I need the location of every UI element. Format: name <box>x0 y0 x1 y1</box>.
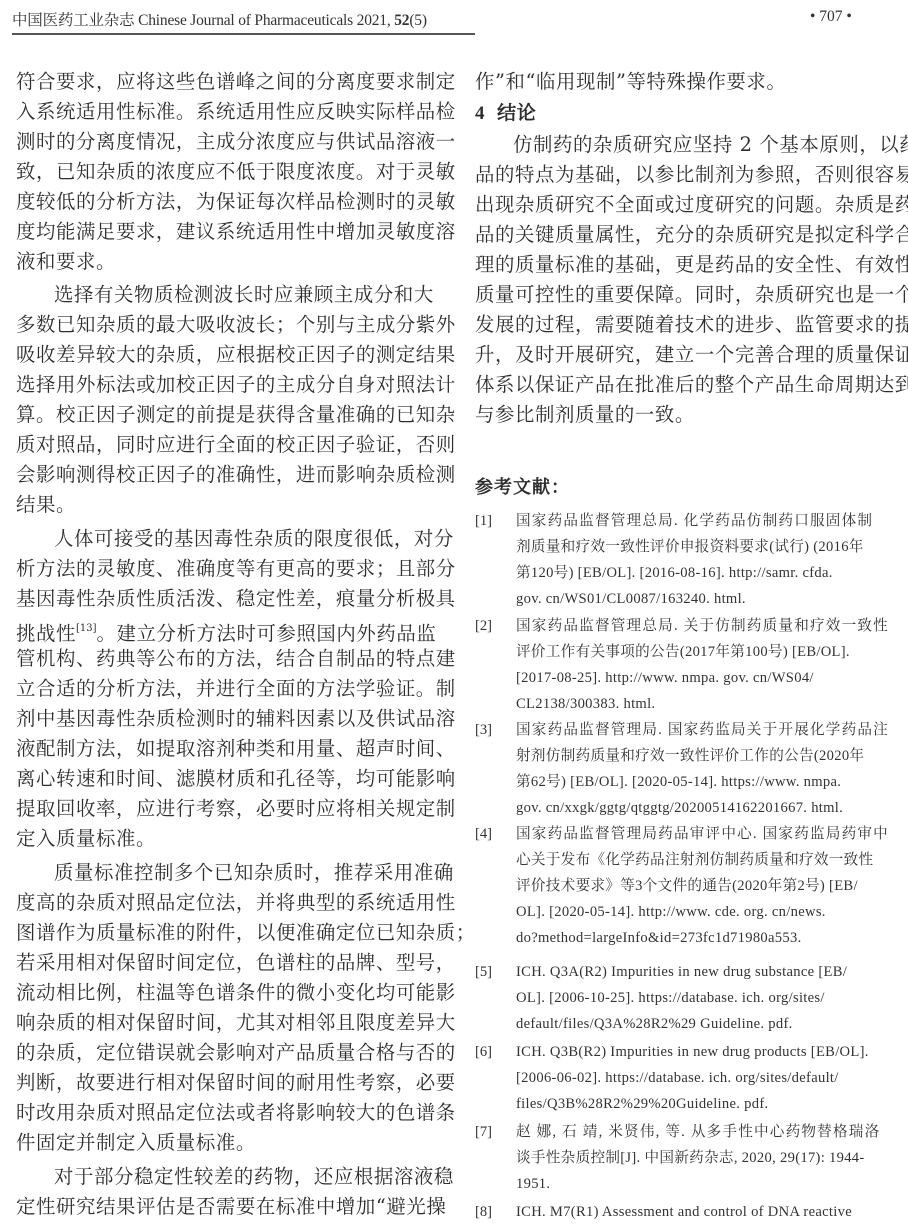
reference-line: [2017-08-25]. http://www. nmpa. gov. cn/… <box>516 667 814 689</box>
text-line: 多数已知杂质的最大吸收波长；个别与主成分紫外 <box>16 311 456 339</box>
text-line: 流动相比例，柱温等色谱条件的微小变化均可能影 <box>16 979 456 1007</box>
reference-line: 1951. <box>516 1173 550 1195</box>
header-rule <box>12 33 475 35</box>
reference-line: 剂质量和疗效一致性评价申报资料要求(试行) (2016年 <box>516 536 864 558</box>
paragraph-start: 对于部分稳定性较差的药物，还应根据溶液稳 <box>54 1163 454 1191</box>
reference-number: [6] <box>475 1041 492 1063</box>
reference-number: [1] <box>475 510 492 532</box>
reference-line: 谈手性杂质控制[J]. 中国新药杂志, 2020, 29(17): 1944- <box>516 1147 865 1169</box>
text-line: 度高的杂质对照品定位法，并将典型的系统适用性 <box>16 889 456 917</box>
reference-line: default/files/Q3A%28R2%29 Guideline. pdf… <box>516 1013 793 1035</box>
reference-number: [3] <box>475 719 492 741</box>
text-line: 若采用相对保留时间定位，色谱柱的品牌、型号， <box>16 949 456 977</box>
reference-line: 国家药品监督管理总局. 化学药品仿制药口服固体制 <box>516 510 873 532</box>
text-line: 时改用杂质对照品定位法或者将影响较大的色谱条 <box>16 1099 456 1127</box>
reference-line: 评价技术要求》等3个文件的通告(2020年第2号) [EB/ <box>516 875 858 897</box>
text-line: 度较低的分析方法，为保证每次样品检测时的灵敏 <box>16 188 456 216</box>
journal-issue: (5) <box>409 12 426 29</box>
text-line: 发展的过程，需要随着技术的进步、监管要求的提 <box>475 311 908 339</box>
reference-line: [2006-06-02]. https://database. ich. org… <box>516 1067 839 1089</box>
text-fragment: 。建立分析方法时可参照国内外药品监 <box>97 622 437 645</box>
text-line: 管机构、药典等公布的方法，结合自制品的特点建 <box>16 645 456 673</box>
continuation-line: 作”和“临用现制”等特殊操作要求。 <box>475 68 786 96</box>
references-heading: 参考文献： <box>475 474 570 502</box>
journal-name-cn: 中国医药工业杂志 <box>12 12 134 29</box>
paragraph-start: 质量标准控制多个已知杂质时，推荐采用准确 <box>54 859 454 887</box>
reference-number: [5] <box>475 961 492 983</box>
reference-line: 心关于发布《化学药品注射剂仿制药质量和疗效一致性 <box>516 849 873 871</box>
reference-line: 第120号) [EB/OL]. [2016-08-16]. http://sam… <box>516 562 833 584</box>
text-line: 件固定并制定入质量标准。 <box>16 1129 256 1157</box>
reference-line: 国家药品监督管理局药品审评中心. 国家药监局药审中 <box>516 823 889 845</box>
page-number: • 707 • <box>810 8 852 26</box>
journal-name-en: Chinese Journal of Pharmaceuticals <box>138 12 353 29</box>
text-line: 结果。 <box>16 491 76 519</box>
paragraph-start: 仿制药的杂质研究应坚持 2 个基本原则，以药 <box>513 131 908 159</box>
text-line: 立合适的分析方法，并进行全面的方法学验证。制 <box>16 675 456 703</box>
reference-line: OL]. [2006-10-25]. https://database. ich… <box>516 987 825 1009</box>
text-line: 体系以保证产品在批准后的整个产品生命周期达到 <box>475 371 908 399</box>
reference-line: ICH. Q3A(R2) Impurities in new drug subs… <box>516 961 847 983</box>
text-line: 升，及时开展研究，建立一个完善合理的质量保证 <box>475 341 908 369</box>
reference-line: ICH. M7(R1) Assessment and control of DN… <box>516 1201 852 1223</box>
text-line-with-citation: 挑战性[13]。建立分析方法时可参照国内外药品监 <box>16 615 436 643</box>
text-line: 入系统适用性标准。系统适用性应反映实际样品检 <box>16 98 456 126</box>
reference-number: [8] <box>475 1201 492 1223</box>
citation-link[interactable]: [13] <box>76 623 97 634</box>
text-line: 符合要求，应将这些色谱峰之间的分离度要求制定 <box>16 68 456 96</box>
reference-line: 第62号) [EB/OL]. [2020-05-14]. https://www… <box>516 771 841 793</box>
reference-line: files/Q3B%28R2%29%20Guideline. pdf. <box>516 1093 768 1115</box>
text-line: 度均能满足要求，建议系统适用性中增加灵敏度溶 <box>16 218 456 246</box>
text-line: 液配制方法，如提取溶剂种类和用量、超声时间、 <box>16 735 456 763</box>
reference-line: gov. cn/xxgk/ggtg/qtggtg/202005141622016… <box>516 797 843 819</box>
text-line: 品的特点为基础，以参比制剂为参照，否则很容易 <box>475 161 908 189</box>
reference-line: 评价工作有关事项的公告(2017年第100号) [EB/OL]. <box>516 641 850 663</box>
text-line: 质量可控性的重要保障。同时，杂质研究也是一个 <box>475 281 908 309</box>
section-number: 4 <box>475 103 485 124</box>
reference-line: gov. cn/WS01/CL0087/163240. html. <box>516 588 746 610</box>
text-line: 的杂质，定位错误就会影响对产品质量合格与否的 <box>16 1039 456 1067</box>
text-line: 质对照品，同时应进行全面的校正因子验证，否则 <box>16 431 456 459</box>
journal-citation: 中国医药工业杂志 Chinese Journal of Pharmaceutic… <box>12 8 427 30</box>
reference-line: 国家药品监督管理总局. 关于仿制药质量和疗效一致性 <box>516 615 889 637</box>
text-line: 会影响测得校正因子的准确性，进而影响杂质检测 <box>16 461 456 489</box>
text-line: 选择用外标法或加校正因子的主成分自身对照法计 <box>16 371 456 399</box>
reference-line: OL]. [2020-05-14]. http://www. cde. org.… <box>516 901 826 923</box>
text-line: 吸收差异较大的杂质，应根据校正因子的测定结果 <box>16 341 456 369</box>
section-title: 结论 <box>497 102 536 124</box>
text-line: 品的关键质量属性，充分的杂质研究是拟定科学合 <box>475 221 908 249</box>
paragraph-start: 选择有关物质检测波长时应兼顾主成分和大 <box>54 281 434 309</box>
reference-line: 国家药品监督管理局. 国家药监局关于开展化学药品注 <box>516 719 889 741</box>
text-line: 致，已知杂质的浓度应不低于限度浓度。对于灵敏 <box>16 158 456 186</box>
reference-number: [4] <box>475 823 492 845</box>
reference-line: ICH. Q3B(R2) Impurities in new drug prod… <box>516 1041 869 1063</box>
text-line: 与参比制剂质量的一致。 <box>475 401 695 429</box>
reference-number: [7] <box>475 1121 492 1143</box>
text-line: 提取回收率，应进行考察，必要时应将相关规定制 <box>16 795 456 823</box>
text-line: 响杂质的相对保留时间，尤其对相邻且限度差异大 <box>16 1009 456 1037</box>
text-line: 判断，故要进行相对保留时间的耐用性考察，必要 <box>16 1069 456 1097</box>
journal-year: 2021, <box>357 12 391 29</box>
reference-line: do?method=largeInfo&id=273fc1d71980a553. <box>516 927 802 949</box>
text-line: 析方法的灵敏度、准确度等有更高的要求；且部分 <box>16 555 456 583</box>
text-fragment: 挑战性 <box>16 622 76 645</box>
text-line: 图谱作为质量标准的附件，以便准确定位已知杂质； <box>16 919 476 947</box>
reference-number: [2] <box>475 615 492 637</box>
text-line: 剂中基因毒性杂质检测时的辅料因素以及供试品溶 <box>16 705 456 733</box>
running-header: 中国医药工业杂志 Chinese Journal of Pharmaceutic… <box>0 0 908 46</box>
journal-volume: 52 <box>394 12 409 29</box>
reference-line: CL2138/300383. html. <box>516 693 655 715</box>
paragraph-start: 人体可接受的基因毒性杂质的限度很低，对分 <box>54 525 454 553</box>
text-line: 定入质量标准。 <box>16 825 156 853</box>
section-heading: 4结论 <box>475 99 536 127</box>
text-line: 液和要求。 <box>16 248 116 276</box>
text-line: 理的质量标准的基础，更是药品的安全性、有效性、 <box>475 251 908 279</box>
reference-line: 射剂仿制药质量和疗效一致性评价工作的公告(2020年 <box>516 745 864 767</box>
reference-line: 赵 娜, 石 靖, 米贤伟, 等. 从多手性中心药物替格瑞洛 <box>516 1121 880 1143</box>
text-line: 出现杂质研究不全面或过度研究的问题。杂质是药 <box>475 191 908 219</box>
text-line: 测时的分离度情况，主成分浓度应与供试品溶液一 <box>16 128 456 156</box>
text-line: 基因毒性杂质性质活泼、稳定性差，痕量分析极具 <box>16 585 456 613</box>
text-line: 算。校正因子测定的前提是获得含量准确的已知杂 <box>16 401 456 429</box>
text-line: 离心转速和时间、滤膜材质和孔径等，均可能影响 <box>16 765 456 793</box>
text-line: 定性研究结果评估是否需要在标准中增加“避光操 <box>16 1193 446 1221</box>
